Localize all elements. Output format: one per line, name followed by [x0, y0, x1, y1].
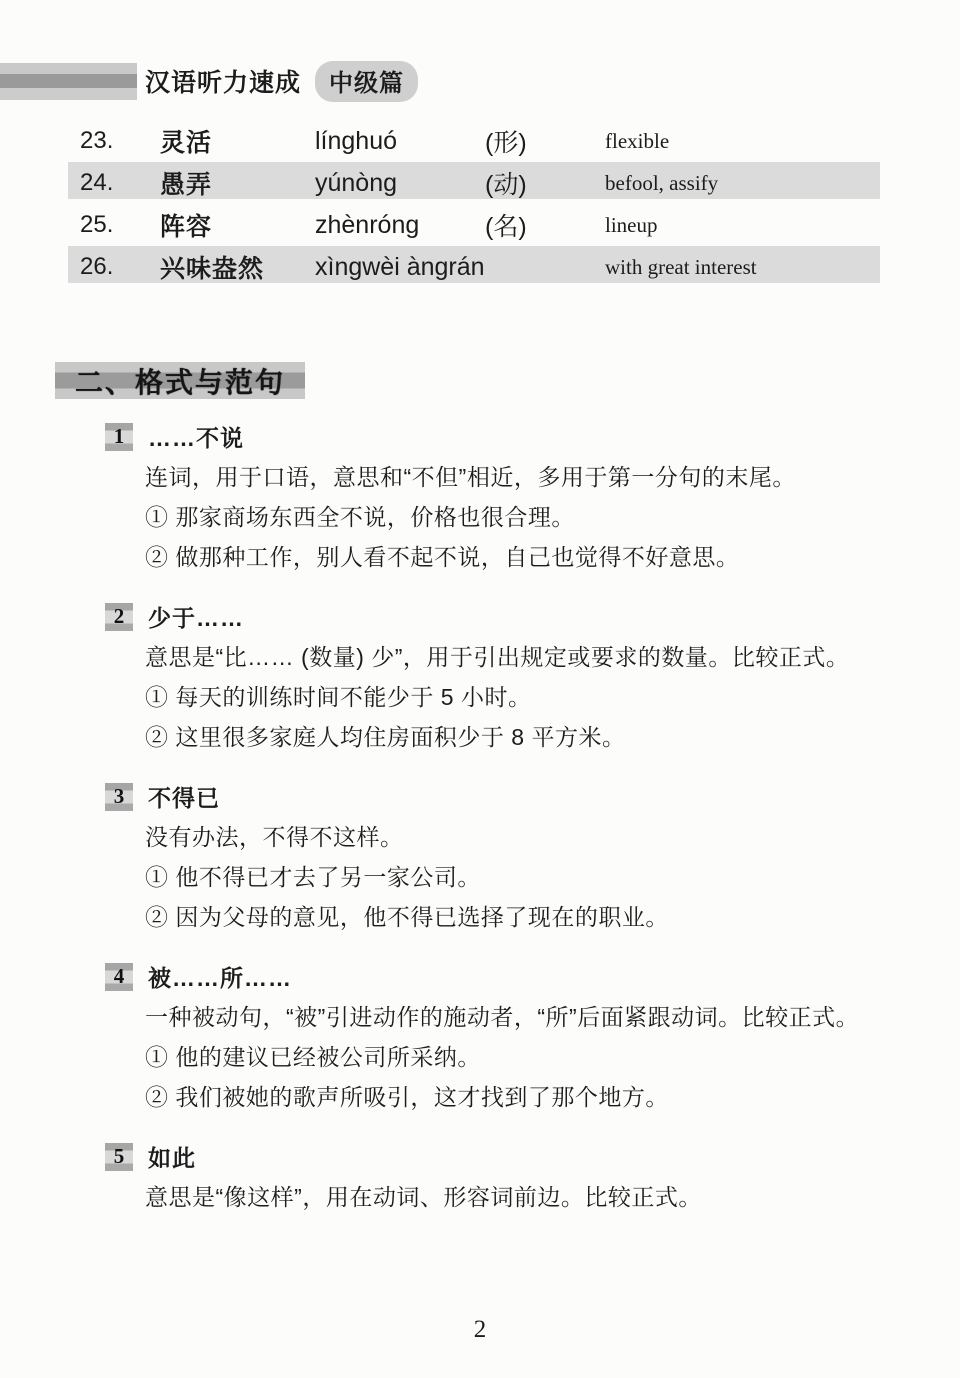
grammar-item: 3 不得已 没有办法，不得不这样。 ① 他不得已才去了另一家公司。 ② 因为父母…: [105, 780, 883, 937]
vocab-row: 26. 兴味盎然 xìngwèi àngrán with great inter…: [68, 246, 880, 288]
pattern-example: ① 他的建议已经被公司所采纳。: [145, 1037, 883, 1077]
section-title: 二、格式与范句: [75, 361, 285, 401]
grammar-item-title-row: 3 不得已: [105, 780, 883, 813]
header-stripe-decoration: [0, 63, 137, 100]
vocab-pinyin: línghuó: [315, 127, 485, 156]
item-number-box: 3: [105, 783, 133, 811]
vocab-pos: (名): [485, 207, 605, 243]
vocab-pinyin: zhènróng: [315, 211, 485, 240]
grammar-item-title-row: 2 少于……: [105, 600, 883, 633]
grammar-item: 5 如此 意思是“像这样”，用在动词、形容词前边。比较正式。: [105, 1140, 883, 1217]
grammar-item-title-row: 4 被……所……: [105, 960, 883, 993]
vocab-list: 23. 灵活 línghuó (形) flexible 24. 愚弄 yúnòn…: [68, 120, 880, 288]
vocab-number: 24.: [80, 169, 160, 197]
vocab-pos: (形): [485, 123, 605, 159]
item-number-box: 5: [105, 1143, 133, 1171]
grammar-section: 1 ……不说 连词，用于口语，意思和“不但”相近，多用于第一分句的末尾。 ① 那…: [105, 420, 883, 1240]
vocab-number: 23.: [80, 127, 160, 155]
item-number-box: 1: [105, 423, 133, 451]
vocab-word: 兴味盎然: [160, 249, 315, 285]
pattern-description: 意思是“比…… (数量) 少”，用于引出规定或要求的数量。比较正式。: [145, 637, 883, 677]
page-number: 2: [0, 1316, 960, 1344]
pattern-example: ① 每天的训练时间不能少于 5 小时。: [145, 677, 883, 717]
vocab-translation: flexible: [605, 129, 880, 154]
vocab-row: 23. 灵活 línghuó (形) flexible: [68, 120, 880, 162]
section-header: 二、格式与范句: [55, 362, 305, 399]
pattern-example: ② 这里很多家庭人均住房面积少于 8 平方米。: [145, 717, 883, 757]
pattern-example: ① 那家商场东西全不说，价格也很合理。: [145, 497, 883, 537]
pattern-description: 一种被动句，“被”引进动作的施动者，“所”后面紧跟动词。比较正式。: [145, 997, 883, 1037]
vocab-number: 25.: [80, 211, 160, 239]
vocab-pos: (动): [485, 165, 605, 201]
item-number-box: 4: [105, 963, 133, 991]
vocab-word: 灵活: [160, 123, 315, 159]
grammar-item-title-row: 5 如此: [105, 1140, 883, 1173]
vocab-word: 阵容: [160, 207, 315, 243]
grammar-item: 4 被……所…… 一种被动句，“被”引进动作的施动者，“所”后面紧跟动词。比较正…: [105, 960, 883, 1117]
vocab-number: 26.: [80, 253, 160, 281]
grammar-item: 1 ……不说 连词，用于口语，意思和“不但”相近，多用于第一分句的末尾。 ① 那…: [105, 420, 883, 577]
pattern-example: ② 做那种工作，别人看不起不说，自己也觉得不好意思。: [145, 537, 883, 577]
pattern-label: 少于……: [148, 600, 244, 633]
pattern-label: 如此: [148, 1140, 196, 1173]
pattern-example: ② 我们被她的歌声所吸引，这才找到了那个地方。: [145, 1077, 883, 1117]
item-number-box: 2: [105, 603, 133, 631]
pattern-description: 意思是“像这样”，用在动词、形容词前边。比较正式。: [145, 1177, 883, 1217]
pattern-description: 连词，用于口语，意思和“不但”相近，多用于第一分句的末尾。: [145, 457, 883, 497]
page-header: 汉语听力速成 中级篇: [0, 62, 960, 100]
vocab-translation: with great interest: [605, 255, 880, 280]
vocab-row: 24. 愚弄 yúnòng (动) befool, assify: [68, 162, 880, 204]
grammar-item: 2 少于…… 意思是“比…… (数量) 少”，用于引出规定或要求的数量。比较正式…: [105, 600, 883, 757]
vocab-translation: lineup: [605, 213, 880, 238]
pattern-example: ② 因为父母的意见，他不得已选择了现在的职业。: [145, 897, 883, 937]
pattern-description: 没有办法，不得不这样。: [145, 817, 883, 857]
vocab-pinyin: xìngwèi àngrán: [315, 253, 485, 282]
pattern-label: ……不说: [148, 420, 244, 453]
pattern-example: ① 他不得已才去了另一家公司。: [145, 857, 883, 897]
level-badge: 中级篇: [315, 61, 418, 102]
book-title: 汉语听力速成: [145, 63, 301, 99]
grammar-item-title-row: 1 ……不说: [105, 420, 883, 453]
pattern-label: 被……所……: [148, 960, 292, 993]
vocab-translation: befool, assify: [605, 171, 880, 196]
vocab-row: 25. 阵容 zhènróng (名) lineup: [68, 204, 880, 246]
pattern-label: 不得已: [148, 780, 220, 813]
vocab-word: 愚弄: [160, 165, 315, 201]
vocab-pinyin: yúnòng: [315, 169, 485, 198]
